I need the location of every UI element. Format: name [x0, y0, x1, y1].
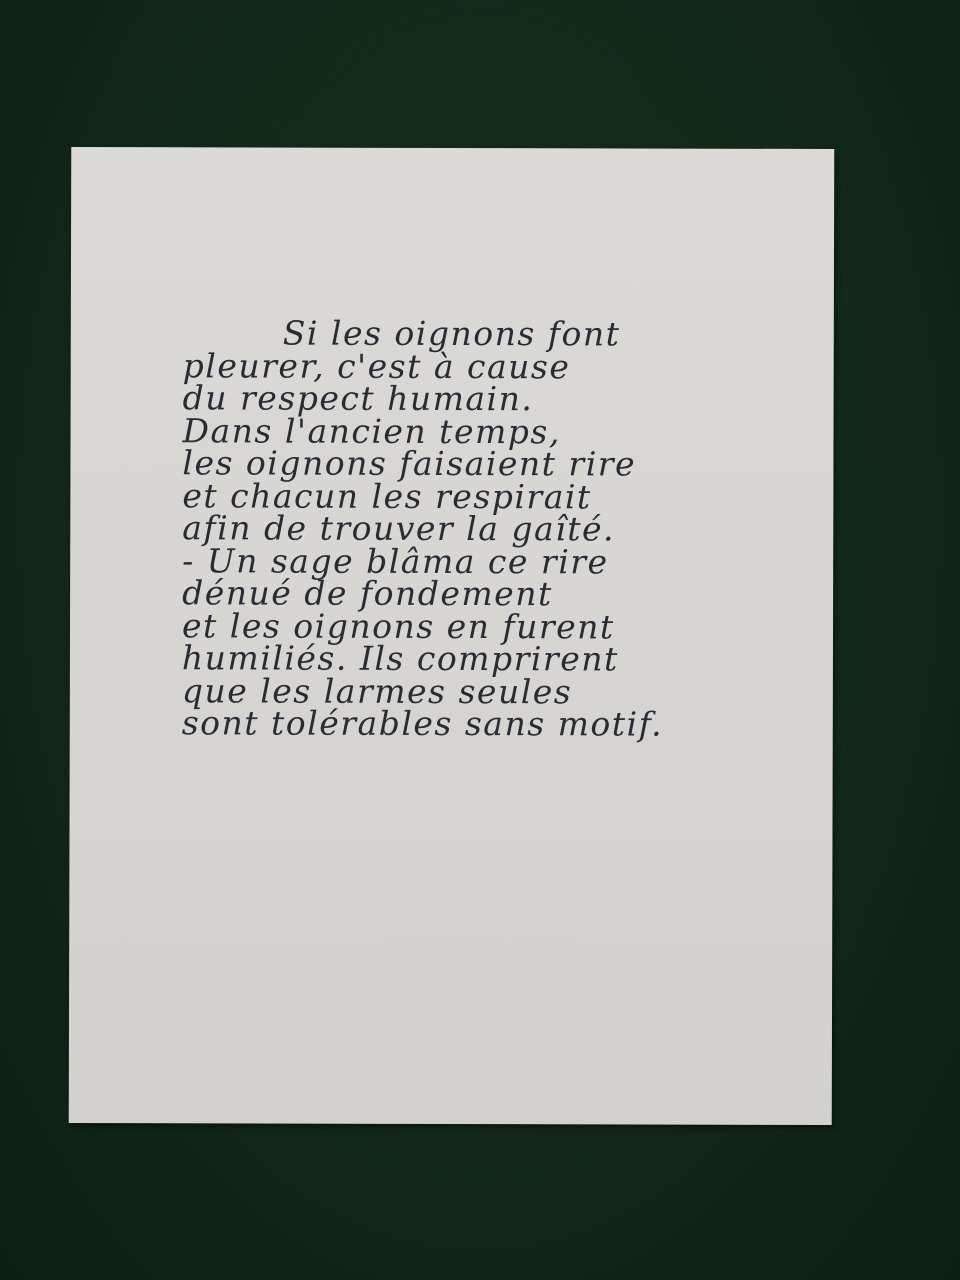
- note-line: sont tolérables sans motif.: [182, 707, 782, 741]
- handwritten-note: Si les oignons font pleurer, c'est à cau…: [182, 317, 783, 741]
- paper-sheet: Si les oignons font pleurer, c'est à cau…: [69, 147, 835, 1125]
